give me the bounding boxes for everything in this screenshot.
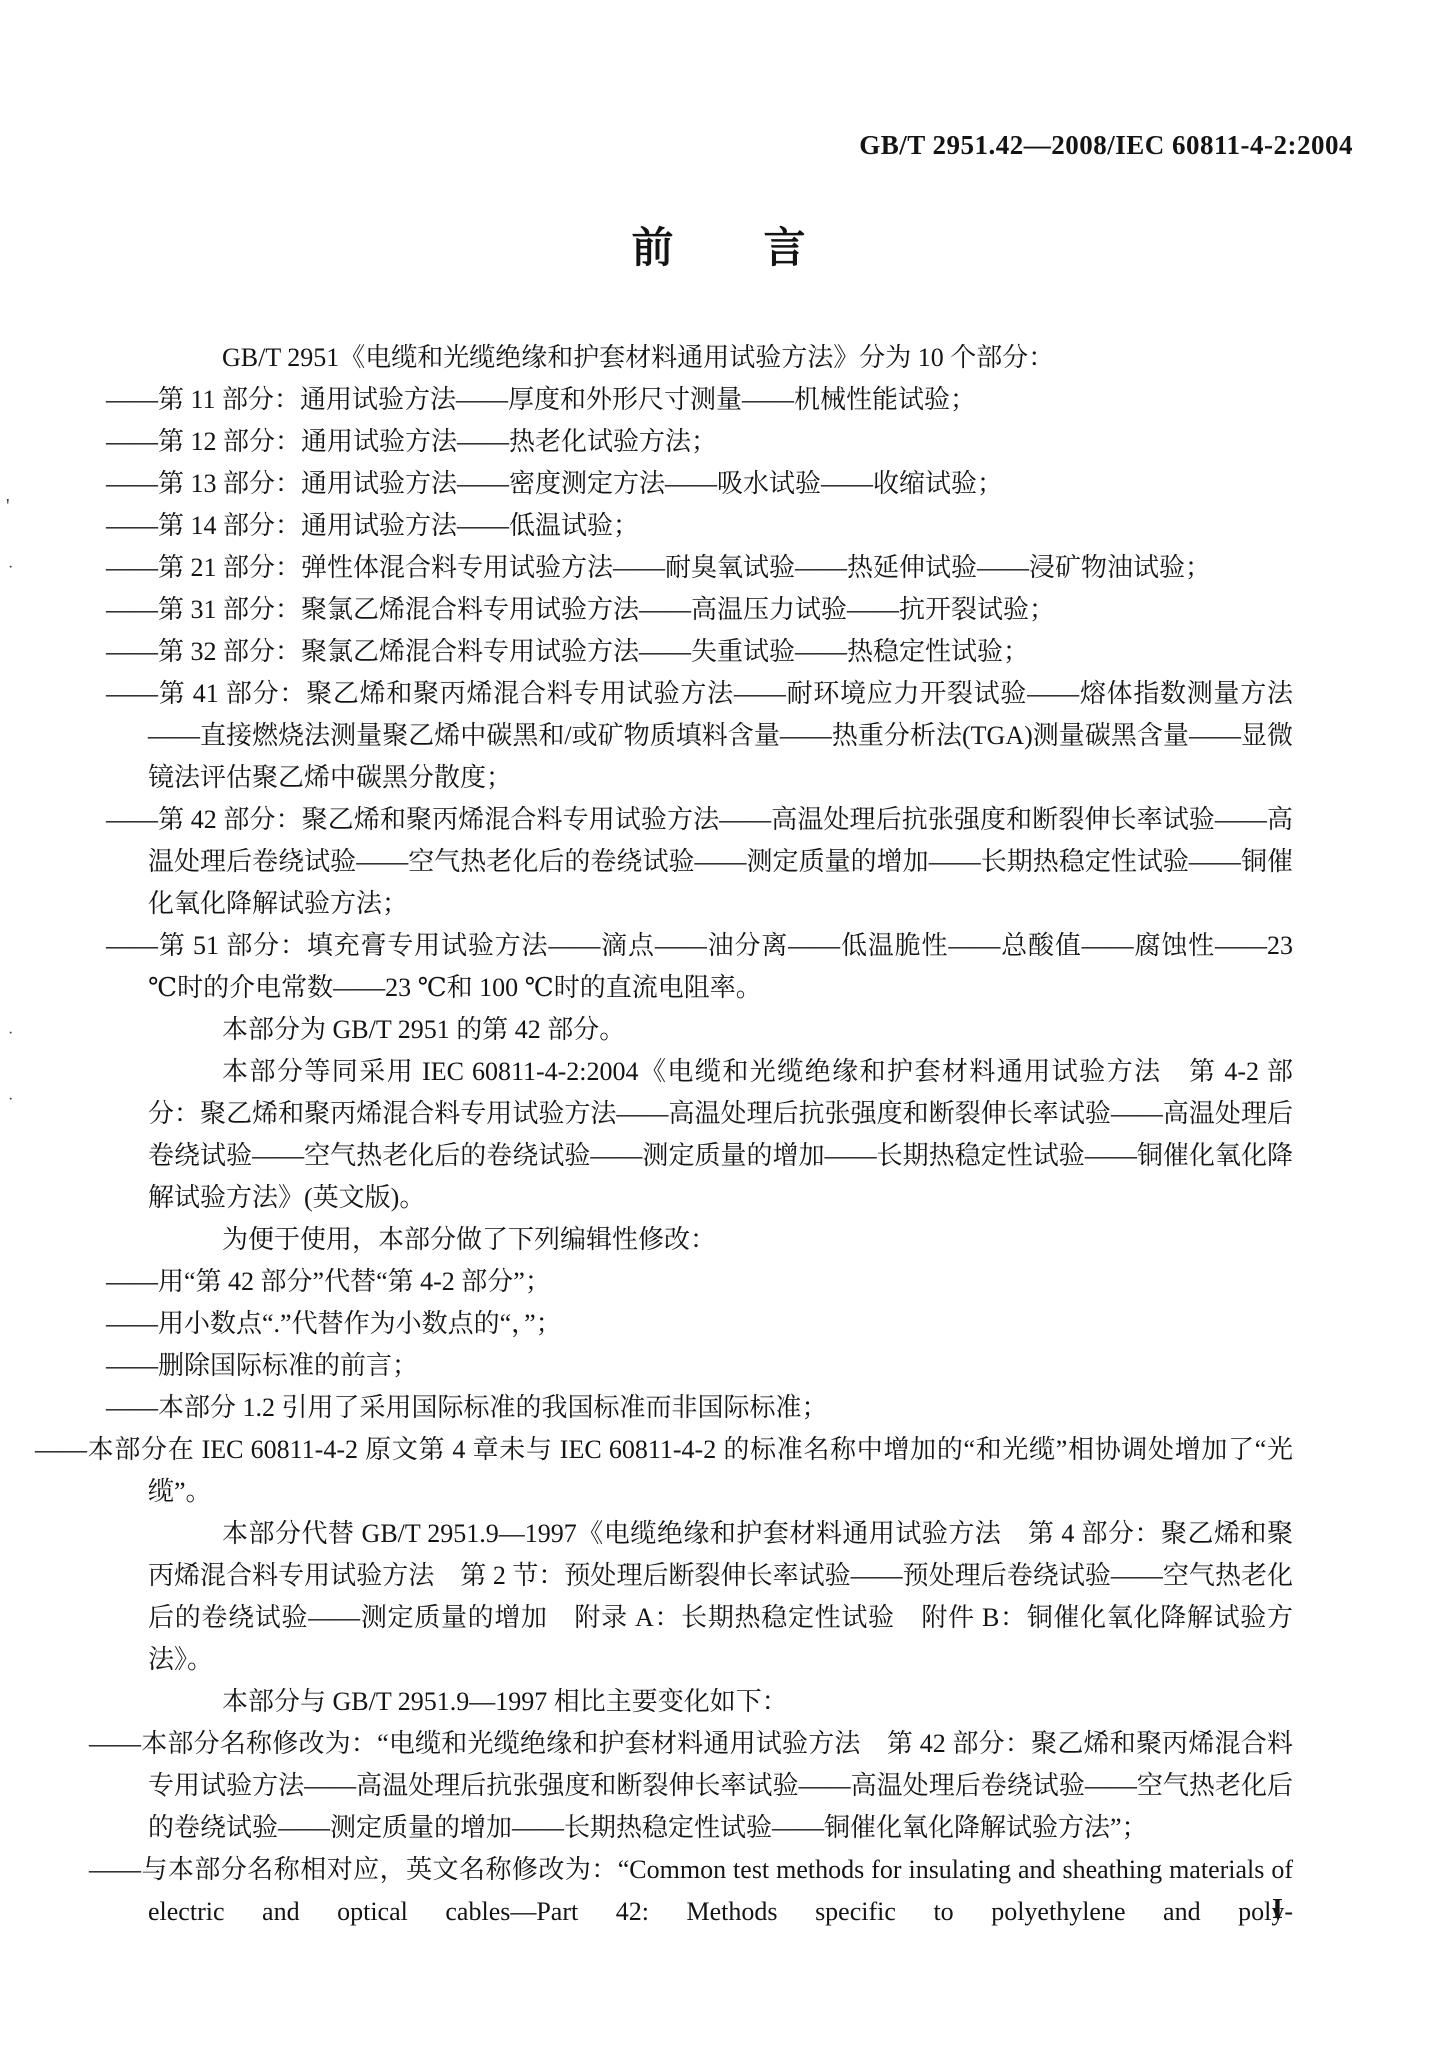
foreword-part-item-12: ——第 12 部分：通用试验方法——热老化试验方法； xyxy=(148,421,1293,463)
foreword-edit-note: ——本部分在 IEC 60811-4-2 原文第 4 章未与 IEC 60811… xyxy=(148,1429,1293,1513)
foreword-body: GB/T 2951《电缆和光缆绝缘和护套材料通用试验方法》分为 10 个部分： … xyxy=(148,337,1293,1933)
foreword-edit-note: ——删除国际标准的前言； xyxy=(148,1345,1293,1387)
foreword-part-item-13: ——第 13 部分：通用试验方法——密度测定方法——吸水试验——收缩试验； xyxy=(148,463,1293,505)
standard-number-header: GB/T 2951.42—2008/IEC 60811-4-2:2004 xyxy=(0,0,1439,161)
foreword-part-item-42: ——第 42 部分：聚乙烯和聚丙烯混合料专用试验方法——高温处理后抗张强度和断裂… xyxy=(148,799,1293,925)
foreword-edit-note: ——用“第 42 部分”代替“第 4-2 部分”； xyxy=(148,1261,1293,1303)
foreword-part-item-51: ——第 51 部分：填充膏专用试验方法——滴点——油分离——低温脆性——总酸值—… xyxy=(148,925,1293,1009)
foreword-paragraph: 本部分与 GB/T 2951.9—1997 相比主要变化如下： xyxy=(148,1681,1293,1723)
foreword-part-item-31: ——第 31 部分：聚氯乙烯混合料专用试验方法——高温压力试验——抗开裂试验； xyxy=(148,589,1293,631)
scan-artifact: · xyxy=(8,1024,13,1044)
foreword-paragraph: 本部分等同采用 IEC 60811-4-2:2004《电缆和光缆绝缘和护套材料通… xyxy=(148,1051,1293,1219)
foreword-paragraph: 本部分为 GB/T 2951 的第 42 部分。 xyxy=(148,1009,1293,1051)
document-page: GB/T 2951.42—2008/IEC 60811-4-2:2004 前 言… xyxy=(0,0,1439,2048)
scan-artifact: ' xyxy=(6,496,10,516)
foreword-intro: GB/T 2951《电缆和光缆绝缘和护套材料通用试验方法》分为 10 个部分： xyxy=(148,337,1293,379)
foreword-part-item-21: ——第 21 部分：弹性体混合料专用试验方法——耐臭氧试验——热延伸试验——浸矿… xyxy=(148,547,1293,589)
page-title: 前 言 xyxy=(148,215,1291,275)
foreword-edit-note: ——本部分 1.2 引用了采用国际标准的我国标准而非国际标准； xyxy=(148,1387,1293,1429)
scan-artifact: · xyxy=(8,558,13,578)
foreword-paragraph: 本部分代替 GB/T 2951.9—1997《电缆绝缘和护套材料通用试验方法 第… xyxy=(148,1513,1293,1681)
foreword-part-item-32: ——第 32 部分：聚氯乙烯混合料专用试验方法——失重试验——热稳定性试验； xyxy=(148,631,1293,673)
foreword-paragraph: 为便于使用，本部分做了下列编辑性修改： xyxy=(148,1219,1293,1261)
foreword-change-note: ——与本部分名称相对应，英文名称修改为：“Common test methods… xyxy=(148,1849,1293,1933)
foreword-part-item-14: ——第 14 部分：通用试验方法——低温试验； xyxy=(148,505,1293,547)
foreword-edit-note: ——用小数点“.”代替作为小数点的“，”； xyxy=(148,1303,1293,1345)
page-number: I xyxy=(1272,1894,1283,1926)
scan-artifact: · xyxy=(8,1090,13,1110)
foreword-part-item-41: ——第 41 部分：聚乙烯和聚丙烯混合料专用试验方法——耐环境应力开裂试验——熔… xyxy=(148,673,1293,799)
foreword-part-item-11: ——第 11 部分：通用试验方法——厚度和外形尺寸测量——机械性能试验； xyxy=(148,379,1293,421)
foreword-change-note: ——本部分名称修改为：“电缆和光缆绝缘和护套材料通用试验方法 第 42 部分：聚… xyxy=(148,1723,1293,1849)
